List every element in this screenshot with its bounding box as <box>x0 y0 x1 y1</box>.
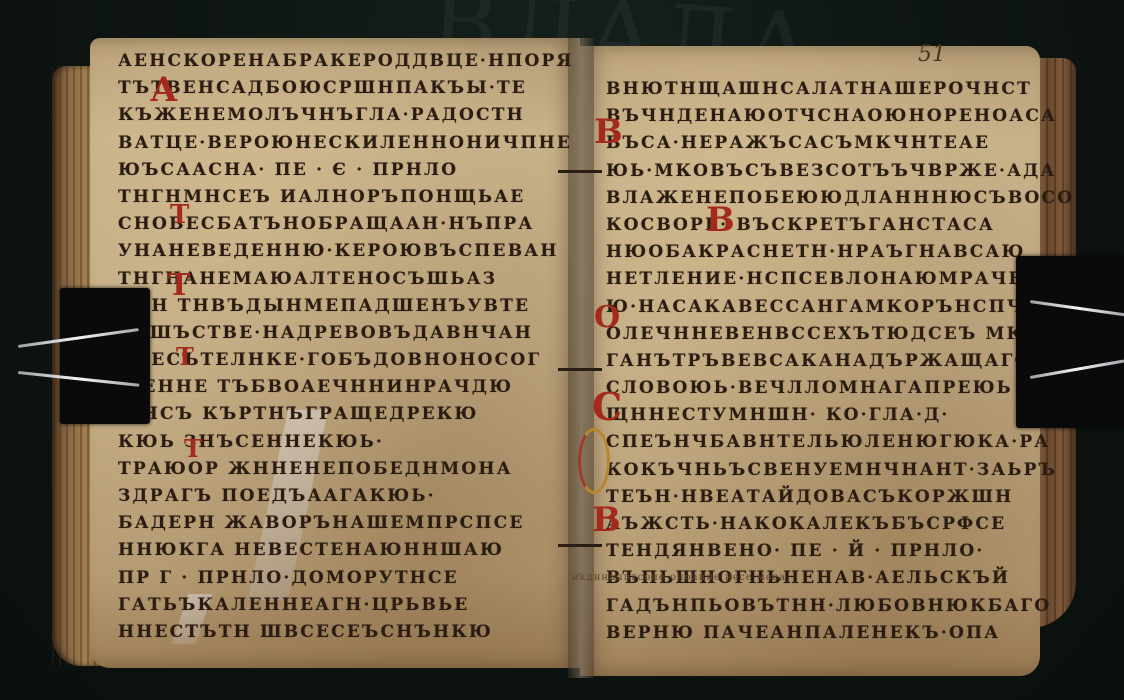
rubric-initial: Т <box>184 434 202 463</box>
text-line: ВЕРНЮ ПАЧЕАНПАЛЕНЕКЪ·ОПА <box>606 620 1091 647</box>
text-line: КОСВОРЕ· ВЪСКРЕТЪГАНСТАСА <box>606 212 1091 239</box>
text-line: ВНЮТНЩАШНСАЛАТНАШЕРОЧНСТ <box>606 76 1091 103</box>
text-line: ВАТЦЕ·ВЕРОЮНЕСКИЛЕННОНИЧПНЕ <box>118 130 574 157</box>
decorated-initial: С <box>592 384 622 429</box>
text-line: ШНСЪ КЪРТНЪГРАЩЕДРЕКЮ <box>118 401 574 428</box>
text-line: ЮЬ·МКОВЪСЪВЕЗСОТЪЪЧВРЖЕ·АДА <box>606 158 1091 185</box>
text-line: ТЕНДЯНВЕНО· ПЕ · Й · ПРНЛО· <box>606 538 1091 565</box>
rubric-initial: В <box>706 200 735 240</box>
rubric-initial: Т <box>168 268 190 303</box>
text-line: ГАТЬЪКАЛЕННЕАГН·ЦРЬВЬЕ <box>118 592 574 619</box>
text-line: ВЪСА·НЕРАЖЪСАСЪМКЧНТЕАЕ <box>606 130 1091 157</box>
right-binder-clip <box>1016 256 1124 428</box>
rubric-initial: Т <box>176 342 194 371</box>
text-line: ННЕСТЪТН ШВСЕСЕЪСНЪНКЮ <box>118 619 574 646</box>
interlace-ornament <box>578 428 610 494</box>
photo-background: ВЛАДА АЕНСКОРЕНАБРАКЕРОДДВЦЕ·НПОРЯ ТЪТВЕ… <box>0 0 1124 700</box>
text-line: АЕНСКОРЕНАБРАКЕРОДДВЦЕ·НПОРЯ <box>118 48 574 75</box>
text-line: ВЪЧНДЕНАЮОТЧСНАОЮНОРЕНОАСА <box>606 103 1091 130</box>
text-line: УНАНЕВЕДЕННЮ·КЕРОЮВЪСПЕВАН <box>118 238 574 265</box>
marginal-note: м҃кдннанпгсоне оноанне нѳсе мѳеа <box>572 572 786 583</box>
text-line: ВЛАЖЕНЕПОБЕЮЮДЛАНННЮСЪВОСО <box>606 185 1091 212</box>
text-line: ТЪТВЕНСАДБОЮСРШНПАКЪЫ·ТЕ <box>118 75 574 102</box>
rubric-initial: Т <box>170 200 189 230</box>
text-line: КОКЪЧНЬЪСВЕНУЕМНЧНАНТ·ЗАЬРЪ <box>606 457 1091 484</box>
rubric-initial: А <box>150 70 178 110</box>
text-line: ННЮКГА НЕВЕСТЕНАЮННШАЮ <box>118 537 574 564</box>
text-line: КЪЖЕНЕМОЛЪЧНЪГЛА·РАДОСТН <box>118 102 574 129</box>
rubric-initial: В <box>592 500 621 540</box>
left-binder-clip <box>60 288 150 424</box>
text-line: ЖЕННЕ ТЪБВОАЕЧННИНРАЧДЮ <box>118 374 574 401</box>
folio-number: 51 <box>918 42 946 67</box>
text-line: ПР Г · ПРНЛО·ДОМОРУТНСЕ <box>118 565 574 592</box>
text-line: ЮЪСААСНА· ПЕ · Є · ПРНЛО <box>118 157 574 184</box>
rubric-initial: В <box>594 112 623 152</box>
text-line: ТЕЪН·НВЕАТАЙДОВАСЪКОРЖШН <box>606 484 1091 511</box>
text-line: СПЕЪНЧБАВНТЕЛЬЮЛЕНЮГЮКА·РА <box>606 429 1091 456</box>
rubric-initial: О <box>594 300 620 335</box>
text-line: АЪЖСТЬ·НАКОКАЛЕКЪБЪСРФСЕ <box>606 511 1091 538</box>
text-line: ЗДРАГЪ ПОЕДЪААГАКЮЬ· <box>118 483 574 510</box>
text-line: БАДЕРН ЖАВОРЪНАШЕМПРСПСЕ <box>118 510 574 537</box>
text-line: ГАДЪНПЬОВЪТНН·ЛЮБОВНЮКБАГО <box>606 593 1091 620</box>
